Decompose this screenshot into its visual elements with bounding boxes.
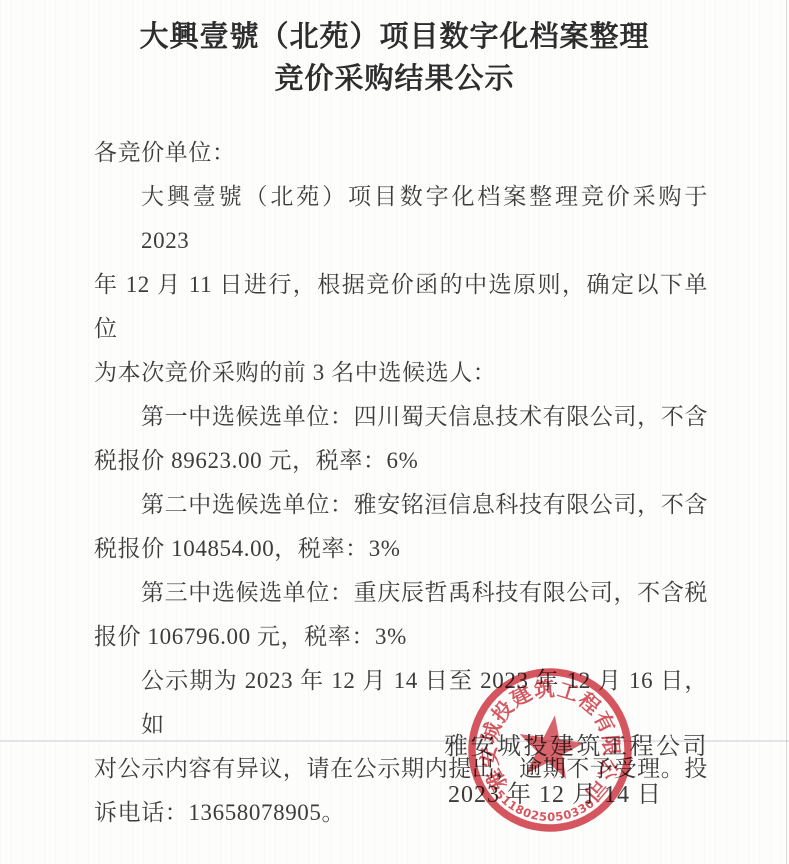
- body-line-winner-2: 第二中选候选单位：雅安铭洹信息科技有限公司，不含: [94, 483, 708, 527]
- document-title: 大興壹號（北苑）项目数字化档案整理 竞价采购结果公示: [0, 16, 789, 100]
- document-page: 大興壹號（北苑）项目数字化档案整理 竞价采购结果公示 各竞价单位： 大興壹號（北…: [0, 0, 789, 864]
- body-line-winner-1: 第一中选候选单位：四川蜀天信息技术有限公司，不含: [94, 395, 708, 439]
- title-line-1: 大興壹號（北苑）项目数字化档案整理: [0, 16, 789, 58]
- body-line: 为本次竞价采购的前 3 名中选候选人：: [94, 351, 708, 395]
- body-line: 年 12 月 11 日进行，根据竞价函的中选原则，确定以下单位: [94, 263, 708, 351]
- body-line-price-2: 税报价 104854.00，税率：3%: [94, 527, 708, 571]
- body-line-salutation: 各竞价单位：: [94, 131, 708, 175]
- title-line-2: 竞价采购结果公示: [0, 58, 789, 100]
- signature-company: 雅安城投建筑工程公司: [444, 726, 709, 761]
- body-line-price-3: 报价 106796.00 元，税率：3%: [94, 615, 708, 659]
- body-line-price-1: 税报价 89623.00 元，税率：6%: [94, 439, 708, 483]
- body-line: 大興壹號（北苑）项目数字化档案整理竞价采购于 2023: [94, 175, 708, 263]
- body-line-winner-3: 第三中选候选单位：重庆辰哲禹科技有限公司，不含税: [94, 571, 708, 615]
- signature-date: 2023 年 12 月 14 日: [448, 774, 662, 809]
